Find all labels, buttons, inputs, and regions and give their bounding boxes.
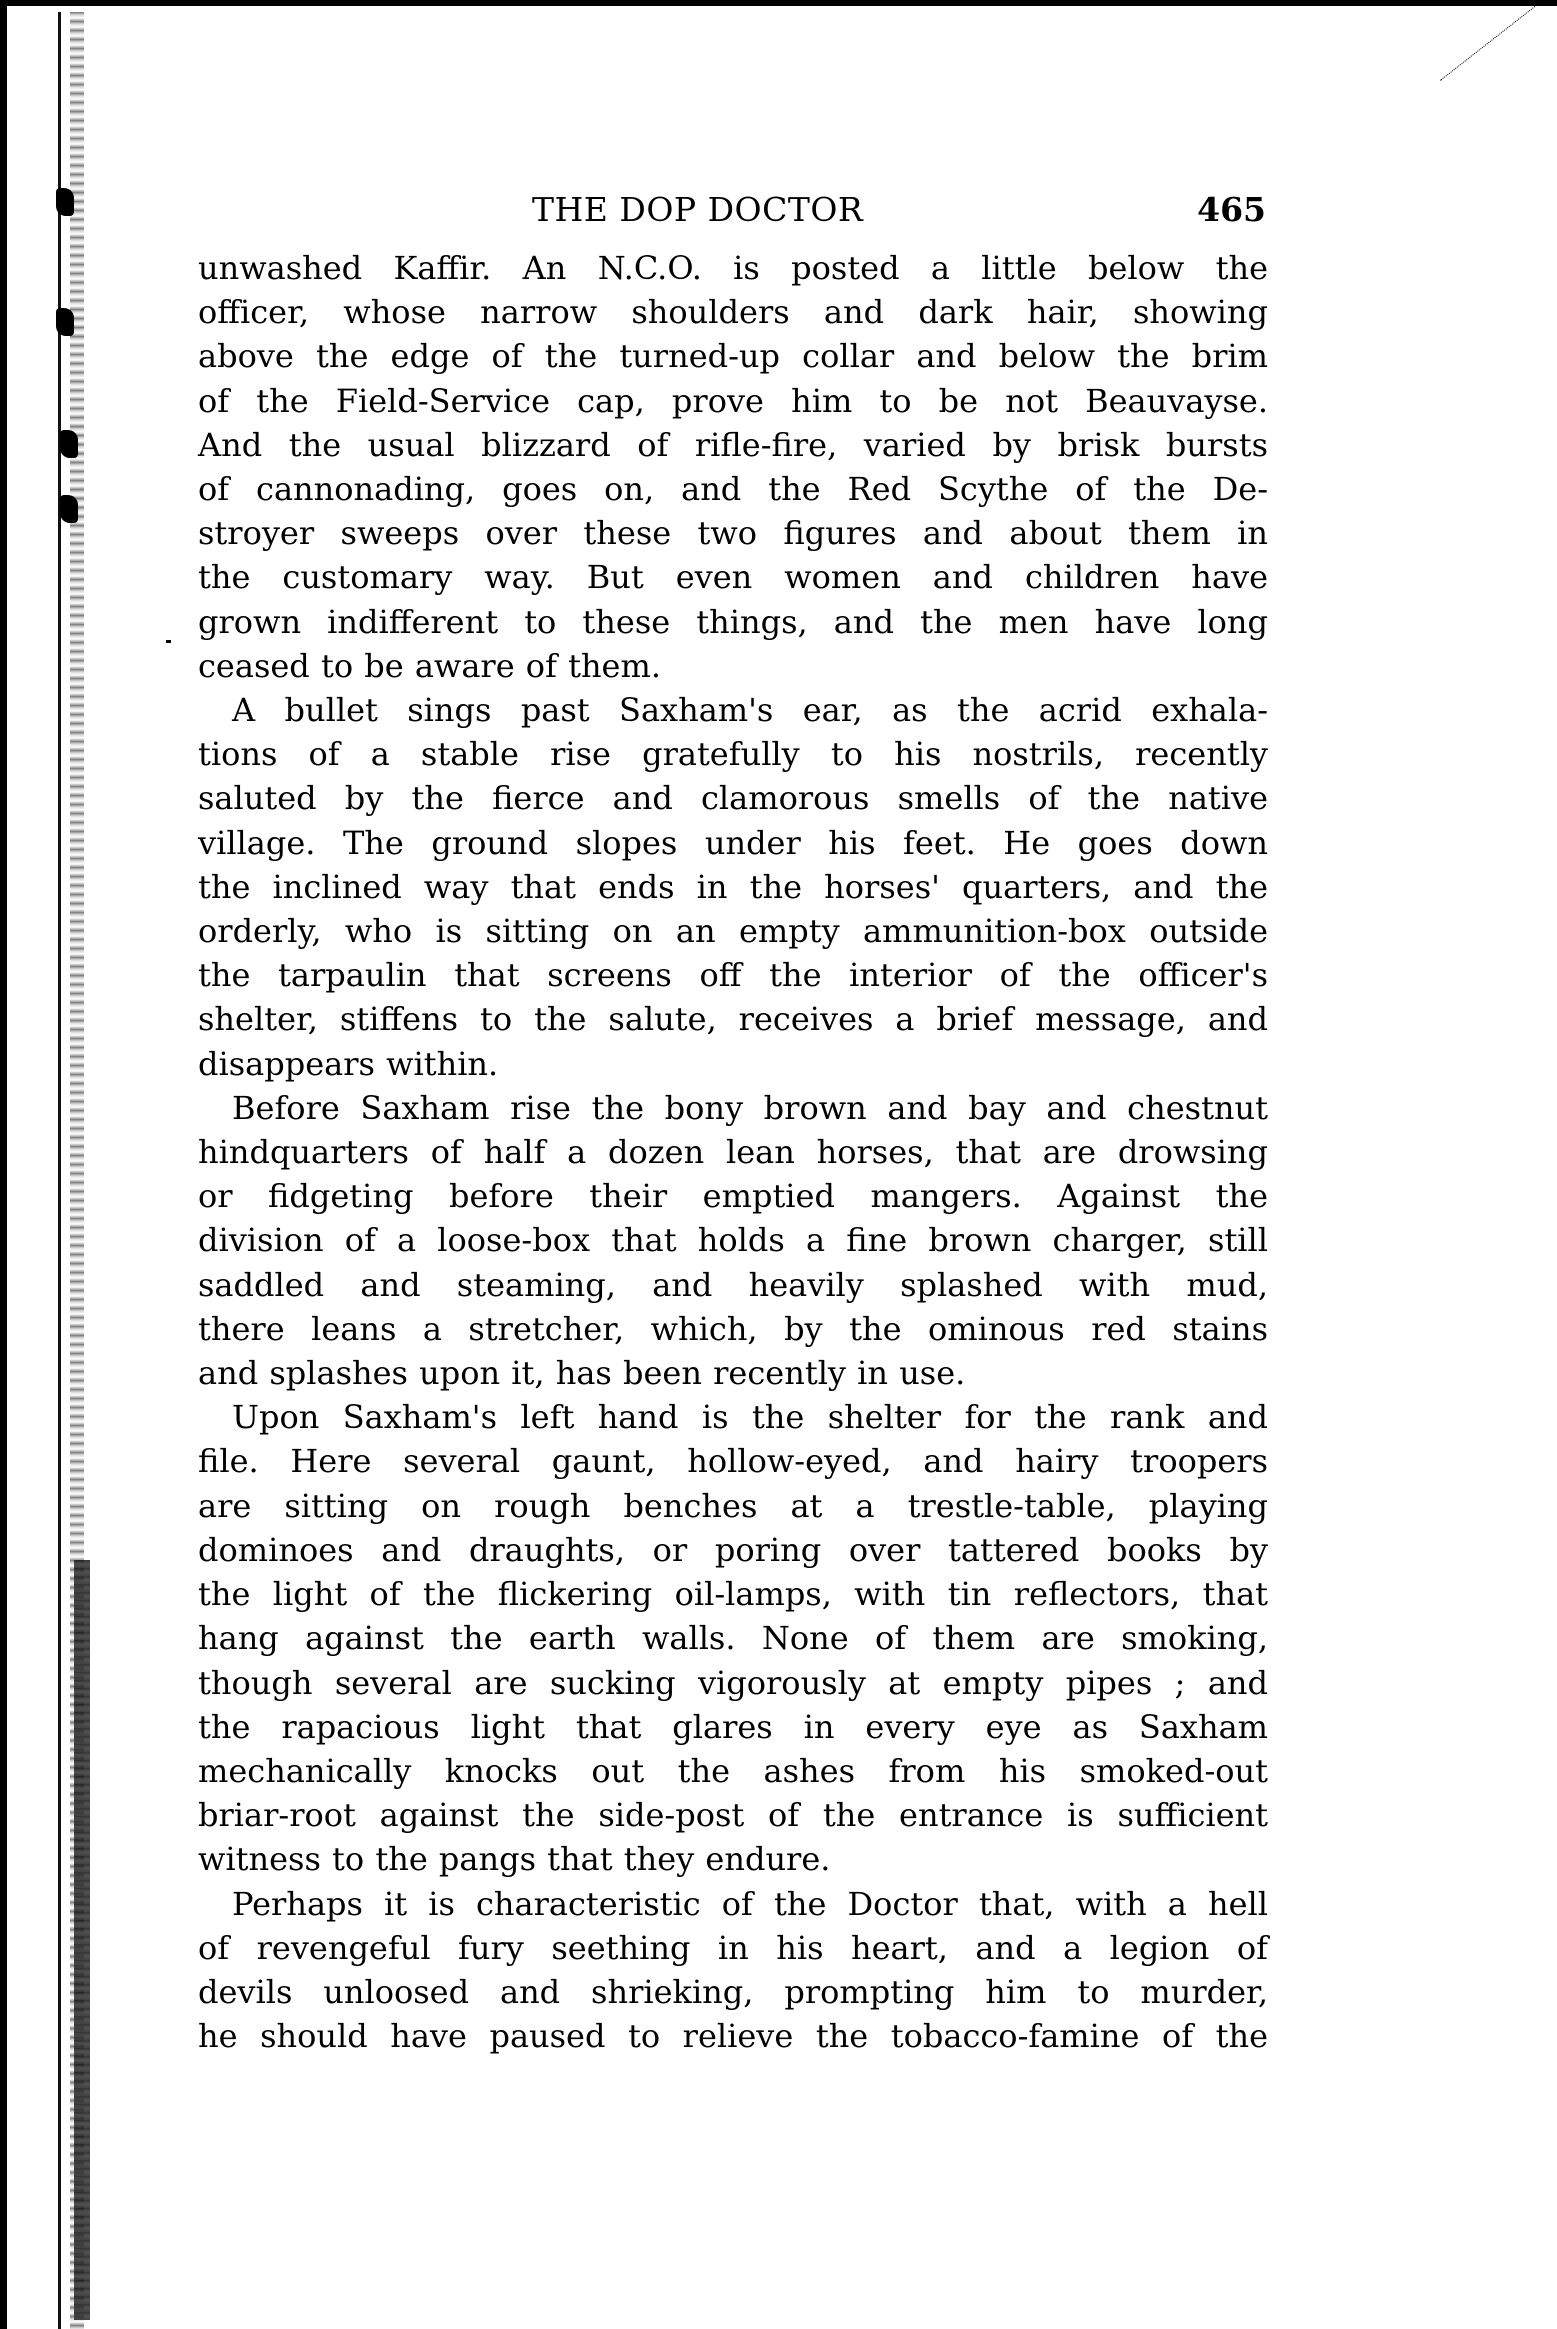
text-line: saluted by the fierce and clamorous smel…	[198, 776, 1268, 820]
text-line: officer, whose narrow shoulders and dark…	[198, 290, 1268, 334]
text-line: village. The ground slopes under his fee…	[198, 821, 1268, 865]
scan-artifact-line	[1440, 6, 1536, 82]
book-spine-edge	[0, 0, 7, 2329]
book-page: THE DOP DOCTOR 465 unwashed Kaffir. An N…	[198, 190, 1268, 2058]
running-head: THE DOP DOCTOR 465	[198, 190, 1268, 238]
text-line: above the edge of the turned-up collar a…	[198, 334, 1268, 378]
text-line: the customary way. But even women and ch…	[198, 555, 1268, 599]
text-line: disappears within.	[198, 1042, 1268, 1086]
text-line: Before Saxham rise the bony brown and ba…	[198, 1086, 1268, 1130]
text-line: are sitting on rough benches at a trestl…	[198, 1484, 1268, 1528]
text-line: tions of a stable rise gratefully to his…	[198, 732, 1268, 776]
text-line: the inclined way that ends in the horses…	[198, 865, 1268, 909]
paragraph: Perhaps it is characteristic of the Doct…	[198, 1882, 1268, 2059]
text-line: witness to the pangs that they endure.	[198, 1837, 1268, 1881]
text-line: grown indifferent to these things, and t…	[198, 600, 1268, 644]
text-line: Upon Saxham's left hand is the shelter f…	[198, 1395, 1268, 1439]
text-line: hindquarters of half a dozen lean horses…	[198, 1130, 1268, 1174]
text-line: division of a loose-box that holds a fin…	[198, 1218, 1268, 1262]
binding-stitch-knot	[56, 308, 74, 336]
text-line: he should have paused to relieve the tob…	[198, 2014, 1268, 2058]
text-line: briar-root against the side-post of the …	[198, 1793, 1268, 1837]
text-line: unwashed Kaffir. An N.C.O. is posted a l…	[198, 246, 1268, 290]
text-line: there leans a stretcher, which, by the o…	[198, 1307, 1268, 1351]
binding-stitch-knot	[60, 495, 78, 523]
text-line: And the usual blizzard of rifle-fire, va…	[198, 423, 1268, 467]
text-line: mechanically knocks out the ashes from h…	[198, 1749, 1268, 1793]
page-number: 465	[1197, 190, 1266, 229]
text-line: of the Field-Service cap, prove him to b…	[198, 379, 1268, 423]
text-line: though several are sucking vigorously at…	[198, 1661, 1268, 1705]
scan-top-edge	[0, 0, 1557, 6]
text-line: or fidgeting before their emptied manger…	[198, 1174, 1268, 1218]
text-line: orderly, who is sitting on an empty ammu…	[198, 909, 1268, 953]
paragraph: Before Saxham rise the bony brown and ba…	[198, 1086, 1268, 1395]
running-title: THE DOP DOCTOR	[532, 190, 863, 229]
text-line: ceased to be aware of them.	[198, 644, 1268, 688]
body-text: unwashed Kaffir. An N.C.O. is posted a l…	[198, 246, 1268, 2058]
paragraph: unwashed Kaffir. An N.C.O. is posted a l…	[198, 246, 1268, 688]
text-line: A bullet sings past Saxham's ear, as the…	[198, 688, 1268, 732]
text-line: Perhaps it is characteristic of the Doct…	[198, 1882, 1268, 1926]
text-line: the light of the flickering oil-lamps, w…	[198, 1572, 1268, 1616]
text-line: stroyer sweeps over these two figures an…	[198, 511, 1268, 555]
text-line: dominoes and draughts, or poring over ta…	[198, 1528, 1268, 1572]
text-line: saddled and steaming, and heavily splash…	[198, 1263, 1268, 1307]
text-line: devils unloosed and shrieking, prompting…	[198, 1970, 1268, 2014]
text-line: and splashes upon it, has been recently …	[198, 1351, 1268, 1395]
binding-stitch-knot	[56, 188, 74, 216]
binding-stitch-knot	[60, 430, 78, 458]
text-line: of revengeful fury seething in his heart…	[198, 1926, 1268, 1970]
gutter-binding-shadow	[74, 1560, 90, 2320]
paragraph: A bullet sings past Saxham's ear, as the…	[198, 688, 1268, 1086]
text-line: the rapacious light that glares in every…	[198, 1705, 1268, 1749]
scan-speck	[166, 640, 171, 643]
text-line: of cannonading, goes on, and the Red Scy…	[198, 467, 1268, 511]
paragraph: Upon Saxham's left hand is the shelter f…	[198, 1395, 1268, 1881]
text-line: file. Here several gaunt, hollow-eyed, a…	[198, 1439, 1268, 1483]
text-line: shelter, stiffens to the salute, receive…	[198, 997, 1268, 1041]
gutter-line	[58, 12, 61, 2329]
text-line: the tarpaulin that screens off the inter…	[198, 953, 1268, 997]
text-line: hang against the earth walls. None of th…	[198, 1616, 1268, 1660]
